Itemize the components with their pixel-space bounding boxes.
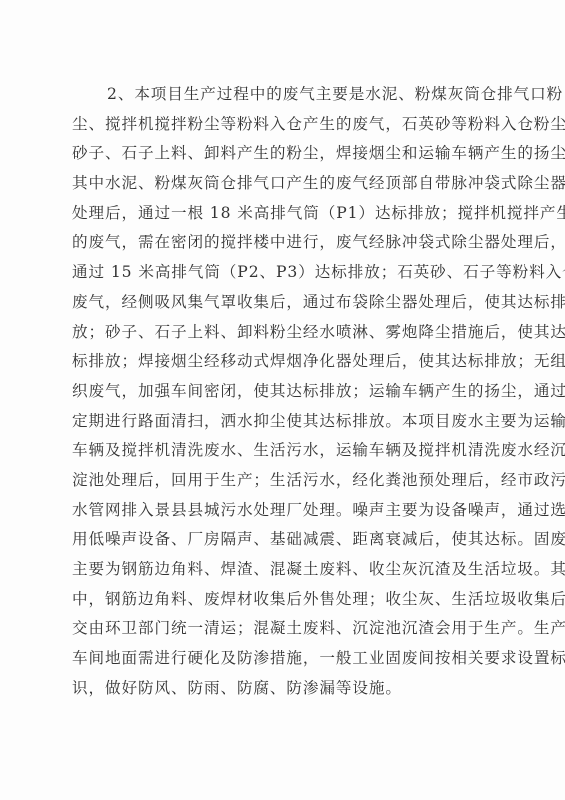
text-line: 用低噪声设备、厂房隔声、基础减震、距离衰减后，使其达标。固废 [72,525,472,555]
text-line: 2、本项目生产过程中的废气主要是水泥、粉煤灰筒仓排气口粉 [72,80,472,110]
text-line: 淀池处理后，回用于生产；生活污水，经化粪池预处理后，经市政污 [72,466,472,496]
text-line: 水管网排入景县县城污水处理厂处理。噪声主要为设备噪声，通过选 [72,496,472,526]
text-line: 定期进行路面清扫，洒水抑尘使其达标排放。本项目废水主要为运输 [72,407,472,437]
text-line: 砂子、石子上料、卸料产生的粉尘，焊接烟尘和运输车辆产生的扬尘。 [72,139,472,169]
text-line: 织废气，加强车间密闭，使其达标排放；运输车辆产生的扬尘，通过 [72,377,472,407]
text-line: 中，钢筋边角料、废焊材收集后外售处理；收尘灰、生活垃圾收集后， [72,585,472,615]
text-line: 车辆及搅拌机清洗废水、生活污水，运输车辆及搅拌机清洗废水经沉 [72,436,472,466]
text-line: 交由环卫部门统一清运；混凝土废料、沉淀池沉渣会用于生产。生产 [72,614,472,644]
text-line: 标排放；焊接烟尘经移动式焊烟净化器处理后，使其达标排放；无组 [72,347,472,377]
text-line: 的废气，需在密闭的搅拌楼中进行，废气经脉冲袋式除尘器处理后， [72,228,472,258]
text-line: 车间地面需进行硬化及防渗措施，一般工业固废间按相关要求设置标 [72,644,472,674]
text-line: 处理后，通过一根 18 米高排气筒（P1）达标排放；搅拌机搅拌产生 [72,199,472,229]
text-line: 尘、搅拌机搅拌粉尘等粉料入仓产生的废气，石英砂等粉料入仓粉尘， [72,110,472,140]
paragraph-2: 2、本项目生产过程中的废气主要是水泥、粉煤灰筒仓排气口粉 尘、搅拌机搅拌粉尘等粉… [72,80,472,703]
text-line: 放；砂子、石子上料、卸料粉尘经水喷淋、雾炮降尘措施后，使其达 [72,318,472,348]
text-line: 其中水泥、粉煤灰筒仓排气口产生的废气经顶部自带脉冲袋式除尘器 [72,169,472,199]
text-line: 识，做好防风、防雨、防腐、防渗漏等设施。 [72,674,472,704]
text-line: 主要为钢筋边角料、焊渣、混凝土废料、收尘灰沉渣及生活垃圾。其 [72,555,472,585]
text-line: 通过 15 米高排气筒（P2、P3）达标排放；石英砂、石子等粉料入仓 [72,258,472,288]
document-page: 2、本项目生产过程中的废气主要是水泥、粉煤灰筒仓排气口粉 尘、搅拌机搅拌粉尘等粉… [0,0,565,800]
text-line: 废气，经侧吸风集气罩收集后，通过布袋除尘器处理后，使其达标排 [72,288,472,318]
